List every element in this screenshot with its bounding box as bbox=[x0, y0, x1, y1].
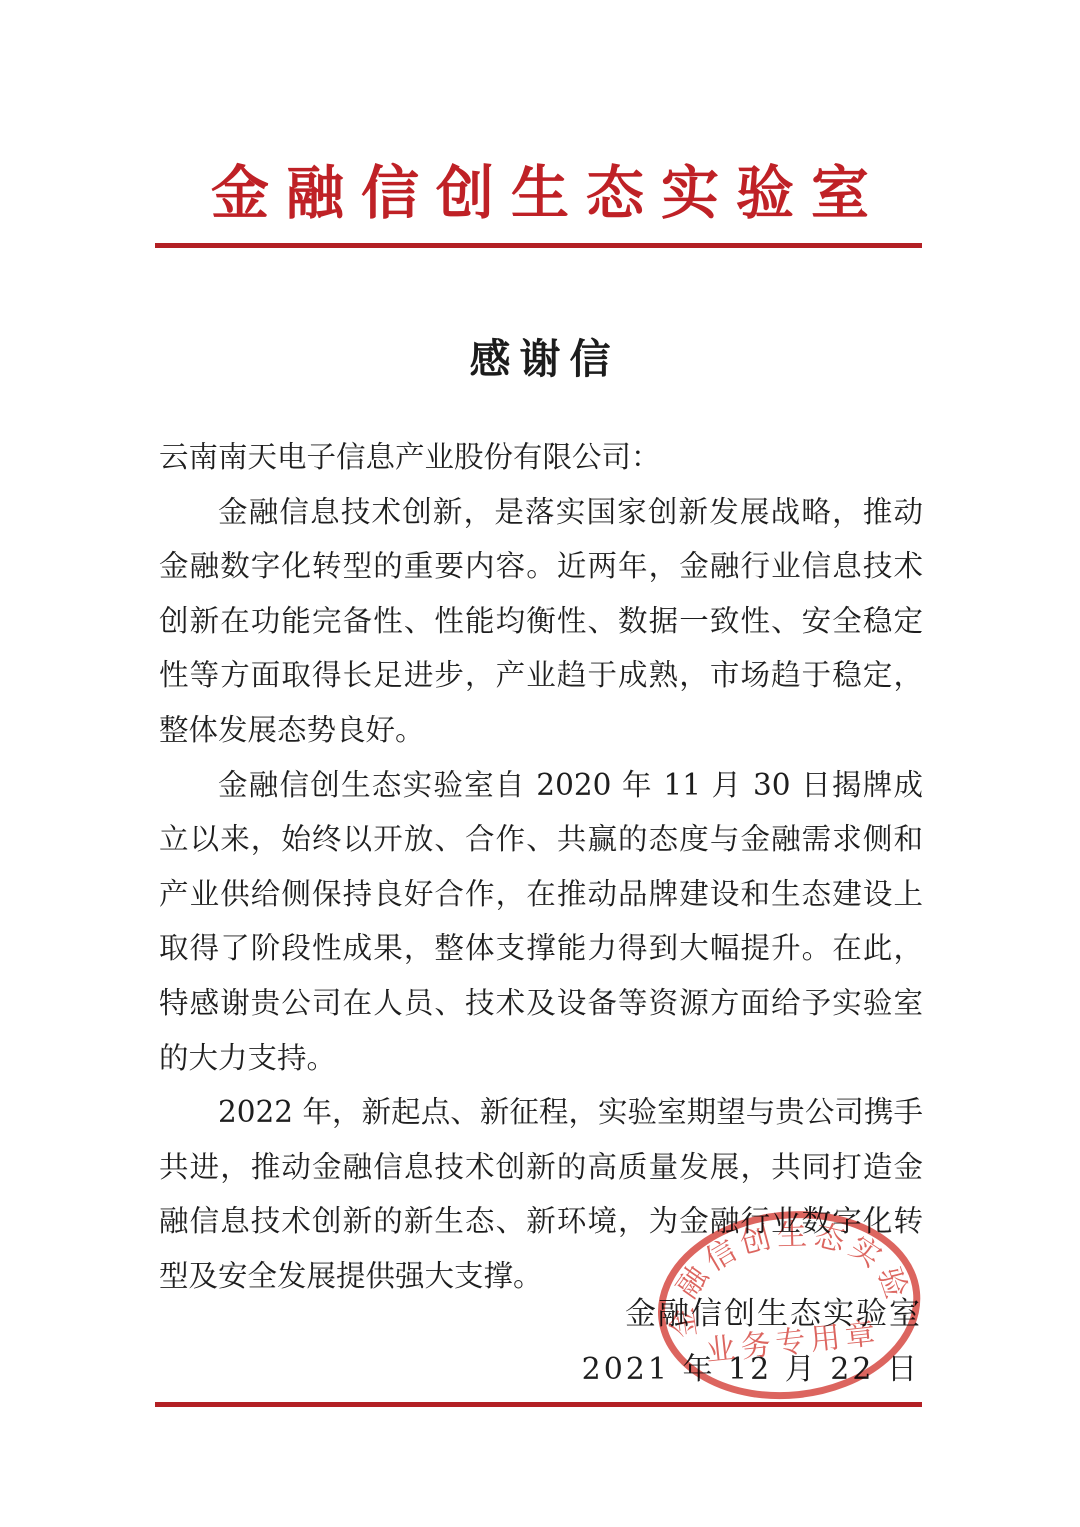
letter-page: 金融信创生态实验室 感谢信 云南南天电子信息产业股份有限公司： 金融信息技术创新… bbox=[0, 0, 1080, 1527]
letter-paragraph: 2022 年，新起点、新征程，实验室期望与贵公司携手共进，推动金融信息技术创新的… bbox=[159, 1085, 923, 1303]
letter-paragraph: 金融信创生态实验室自 2020 年 11 月 30 日揭牌成立以来，始终以开放、… bbox=[159, 758, 923, 1086]
letterhead-divider bbox=[155, 243, 922, 248]
footer-divider bbox=[155, 1402, 922, 1407]
addressee-line: 云南南天电子信息产业股份有限公司： bbox=[159, 430, 923, 485]
page-title: 感谢信 bbox=[0, 326, 1080, 385]
signature-date: 2021 年 12 月 22 日 bbox=[582, 1344, 920, 1388]
letter-paragraph: 金融信息技术创新，是落实国家创新发展战略，推动金融数字化转型的重要内容。近两年，… bbox=[159, 485, 923, 758]
signature-org-name: 金融信创生态实验室 bbox=[625, 1288, 922, 1333]
letter-body: 云南南天电子信息产业股份有限公司： 金融信息技术创新，是落实国家创新发展战略，推… bbox=[159, 430, 923, 1304]
letterhead-title: 金融信创生态实验室 bbox=[0, 146, 1080, 230]
